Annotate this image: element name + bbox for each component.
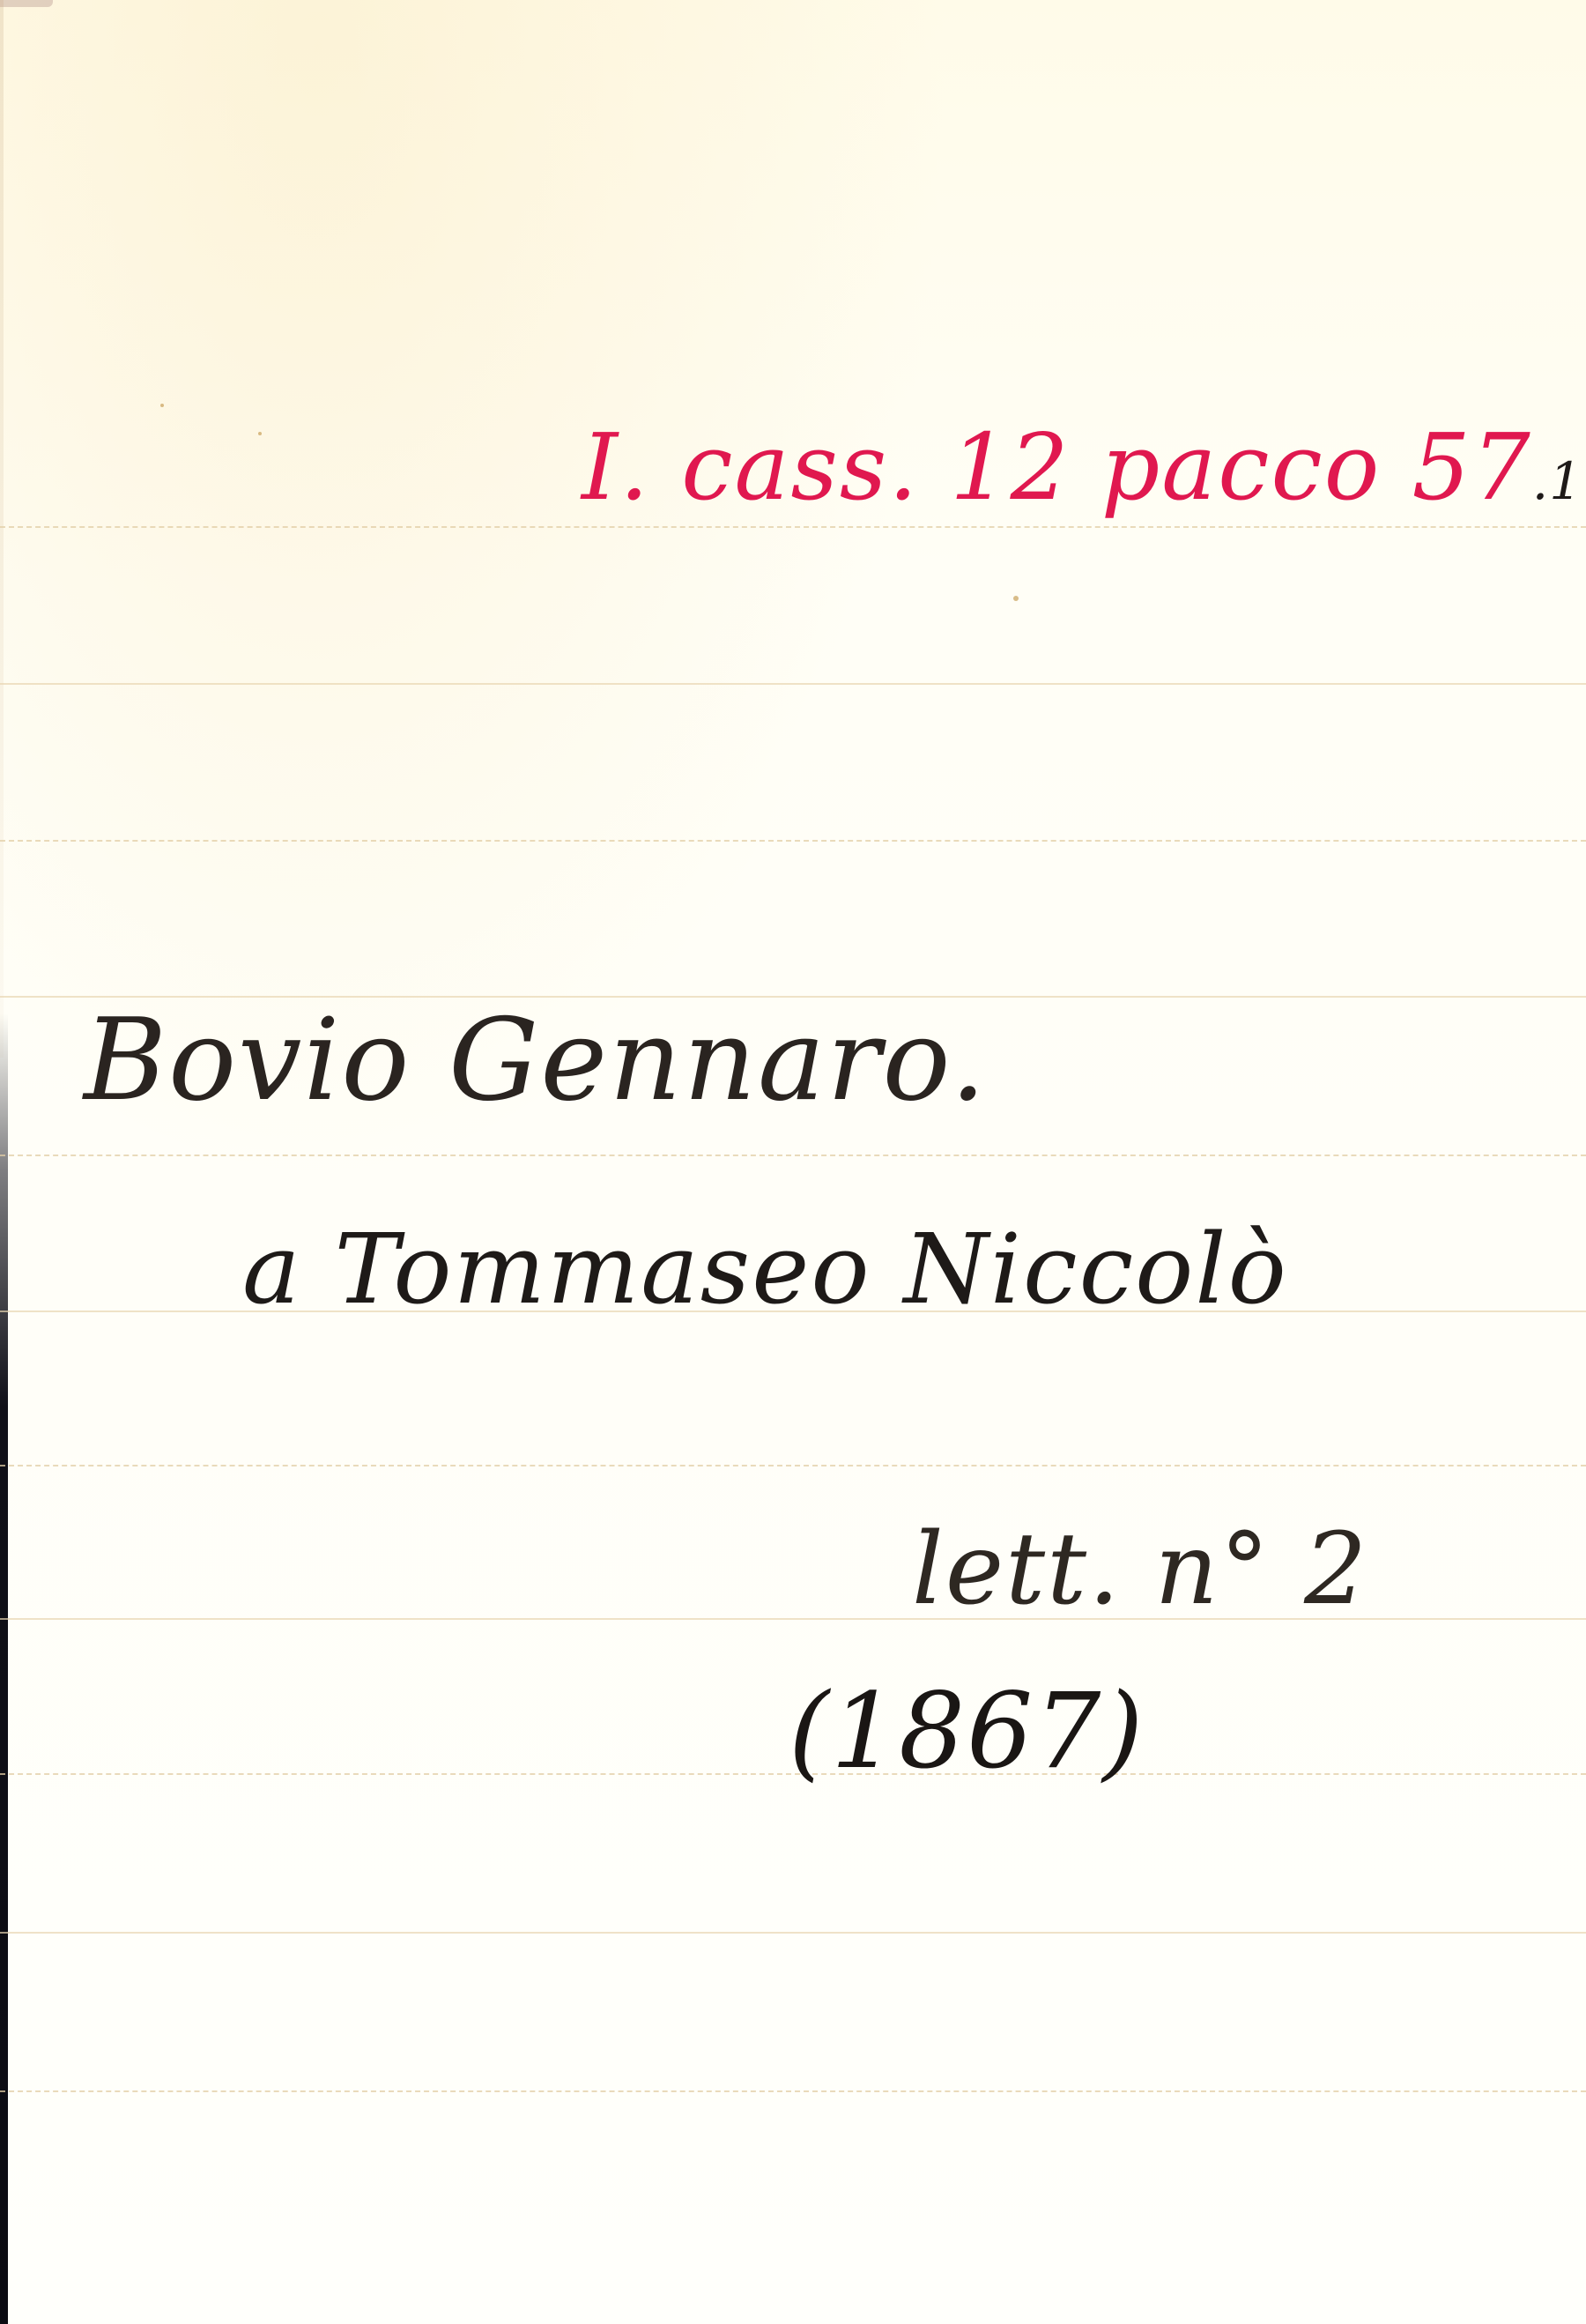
recipient-name: a Tommaseo Niccolò	[242, 1221, 1288, 1318]
ruled-line	[0, 683, 1586, 685]
ruled-line	[0, 1932, 1586, 1934]
archive-reference-location: I. cass. 12 pacco 57	[582, 413, 1532, 521]
ruled-line	[0, 526, 1586, 528]
ruled-line	[0, 1465, 1586, 1466]
letter-year: (1867)	[789, 1679, 1145, 1783]
author-name: Bovio Gennaro.	[84, 1005, 988, 1117]
paper-speck	[160, 404, 164, 407]
paper-speck	[1013, 596, 1019, 601]
archive-reference-number: .112	[1532, 451, 1586, 511]
archive-reference: I. cass. 12 pacco 57.112	[582, 421, 1586, 513]
archival-index-card: I. cass. 12 pacco 57.112 Bovio Gennaro. …	[0, 0, 1586, 2324]
letter-count: lett. n° 2	[912, 1520, 1368, 1619]
ruled-line	[0, 840, 1586, 842]
card-edge-shadow	[0, 0, 4, 1058]
paper-speck	[258, 432, 262, 435]
ruled-line	[0, 1155, 1586, 1156]
ruled-line	[0, 2090, 1586, 2092]
card-left-border	[0, 1014, 8, 2324]
paper-stain	[0, 0, 53, 7]
